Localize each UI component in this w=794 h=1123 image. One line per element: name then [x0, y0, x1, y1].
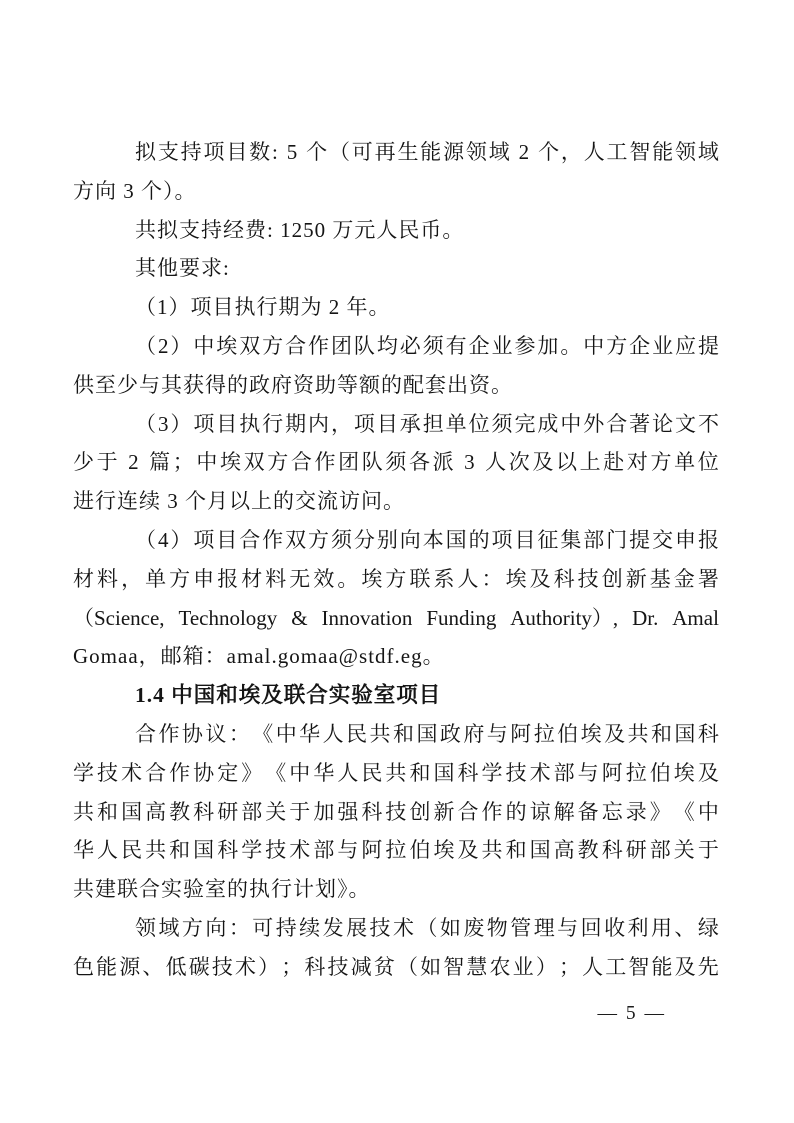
- text-line: 共拟支持经费: 1250 万元人民币。: [73, 211, 719, 250]
- text-line: 领域方向：可持续发展技术（如废物管理与回收利用、绿: [73, 909, 719, 948]
- text-line: Gomaa，邮箱：amal.gomaa@stdf.eg。: [73, 637, 719, 676]
- text-line: （3）项目执行期内，项目承担单位须完成中外合著论文不: [73, 405, 719, 444]
- text-line: 少于 2 篇；中埃双方合作团队须各派 3 人次及以上赴对方单位: [73, 443, 719, 482]
- text-line: （1）项目执行期为 2 年。: [73, 288, 719, 327]
- document-page: 拟支持项目数: 5 个（可再生能源领域 2 个，人工智能领域方向 3 个）。共拟…: [0, 0, 794, 1123]
- text-line: 供至少与其获得的政府资助等额的配套出资。: [73, 366, 719, 405]
- text-line: 共和国高教科研部关于加强科技创新合作的谅解备忘录》《中: [73, 793, 719, 832]
- text-line: 方向 3 个）。: [73, 172, 719, 211]
- text-line: 进行连续 3 个月以上的交流访问。: [73, 482, 719, 521]
- text-line: 拟支持项目数: 5 个（可再生能源领域 2 个，人工智能领域: [73, 133, 719, 172]
- text-line: 材料，单方申报材料无效。埃方联系人：埃及科技创新基金署: [73, 560, 719, 599]
- text-line: （Science,Technology&InnovationFundingAut…: [73, 599, 719, 638]
- text-line: 色能源、低碳技术）；科技减贫（如智慧农业）；人工智能及先: [73, 948, 719, 987]
- text-line: 华人民共和国科学技术部与阿拉伯埃及共和国高教科研部关于: [73, 831, 719, 870]
- text-line: （2）中埃双方合作团队均必须有企业参加。中方企业应提: [73, 327, 719, 366]
- text-line: 其他要求:: [73, 249, 719, 288]
- page-number: — 5 —: [598, 1001, 667, 1027]
- text-line: 学技术合作协定》《中华人民共和国科学技术部与阿拉伯埃及: [73, 754, 719, 793]
- text-line: 合作协议：《中华人民共和国政府与阿拉伯埃及共和国科: [73, 715, 719, 754]
- text-line: 共建联合实验室的执行计划》。: [73, 870, 719, 909]
- document-content: 拟支持项目数: 5 个（可再生能源领域 2 个，人工智能领域方向 3 个）。共拟…: [73, 133, 719, 987]
- section-heading: 1.4 中国和埃及联合实验室项目: [73, 676, 719, 715]
- text-line: （4）项目合作双方须分别向本国的项目征集部门提交申报: [73, 521, 719, 560]
